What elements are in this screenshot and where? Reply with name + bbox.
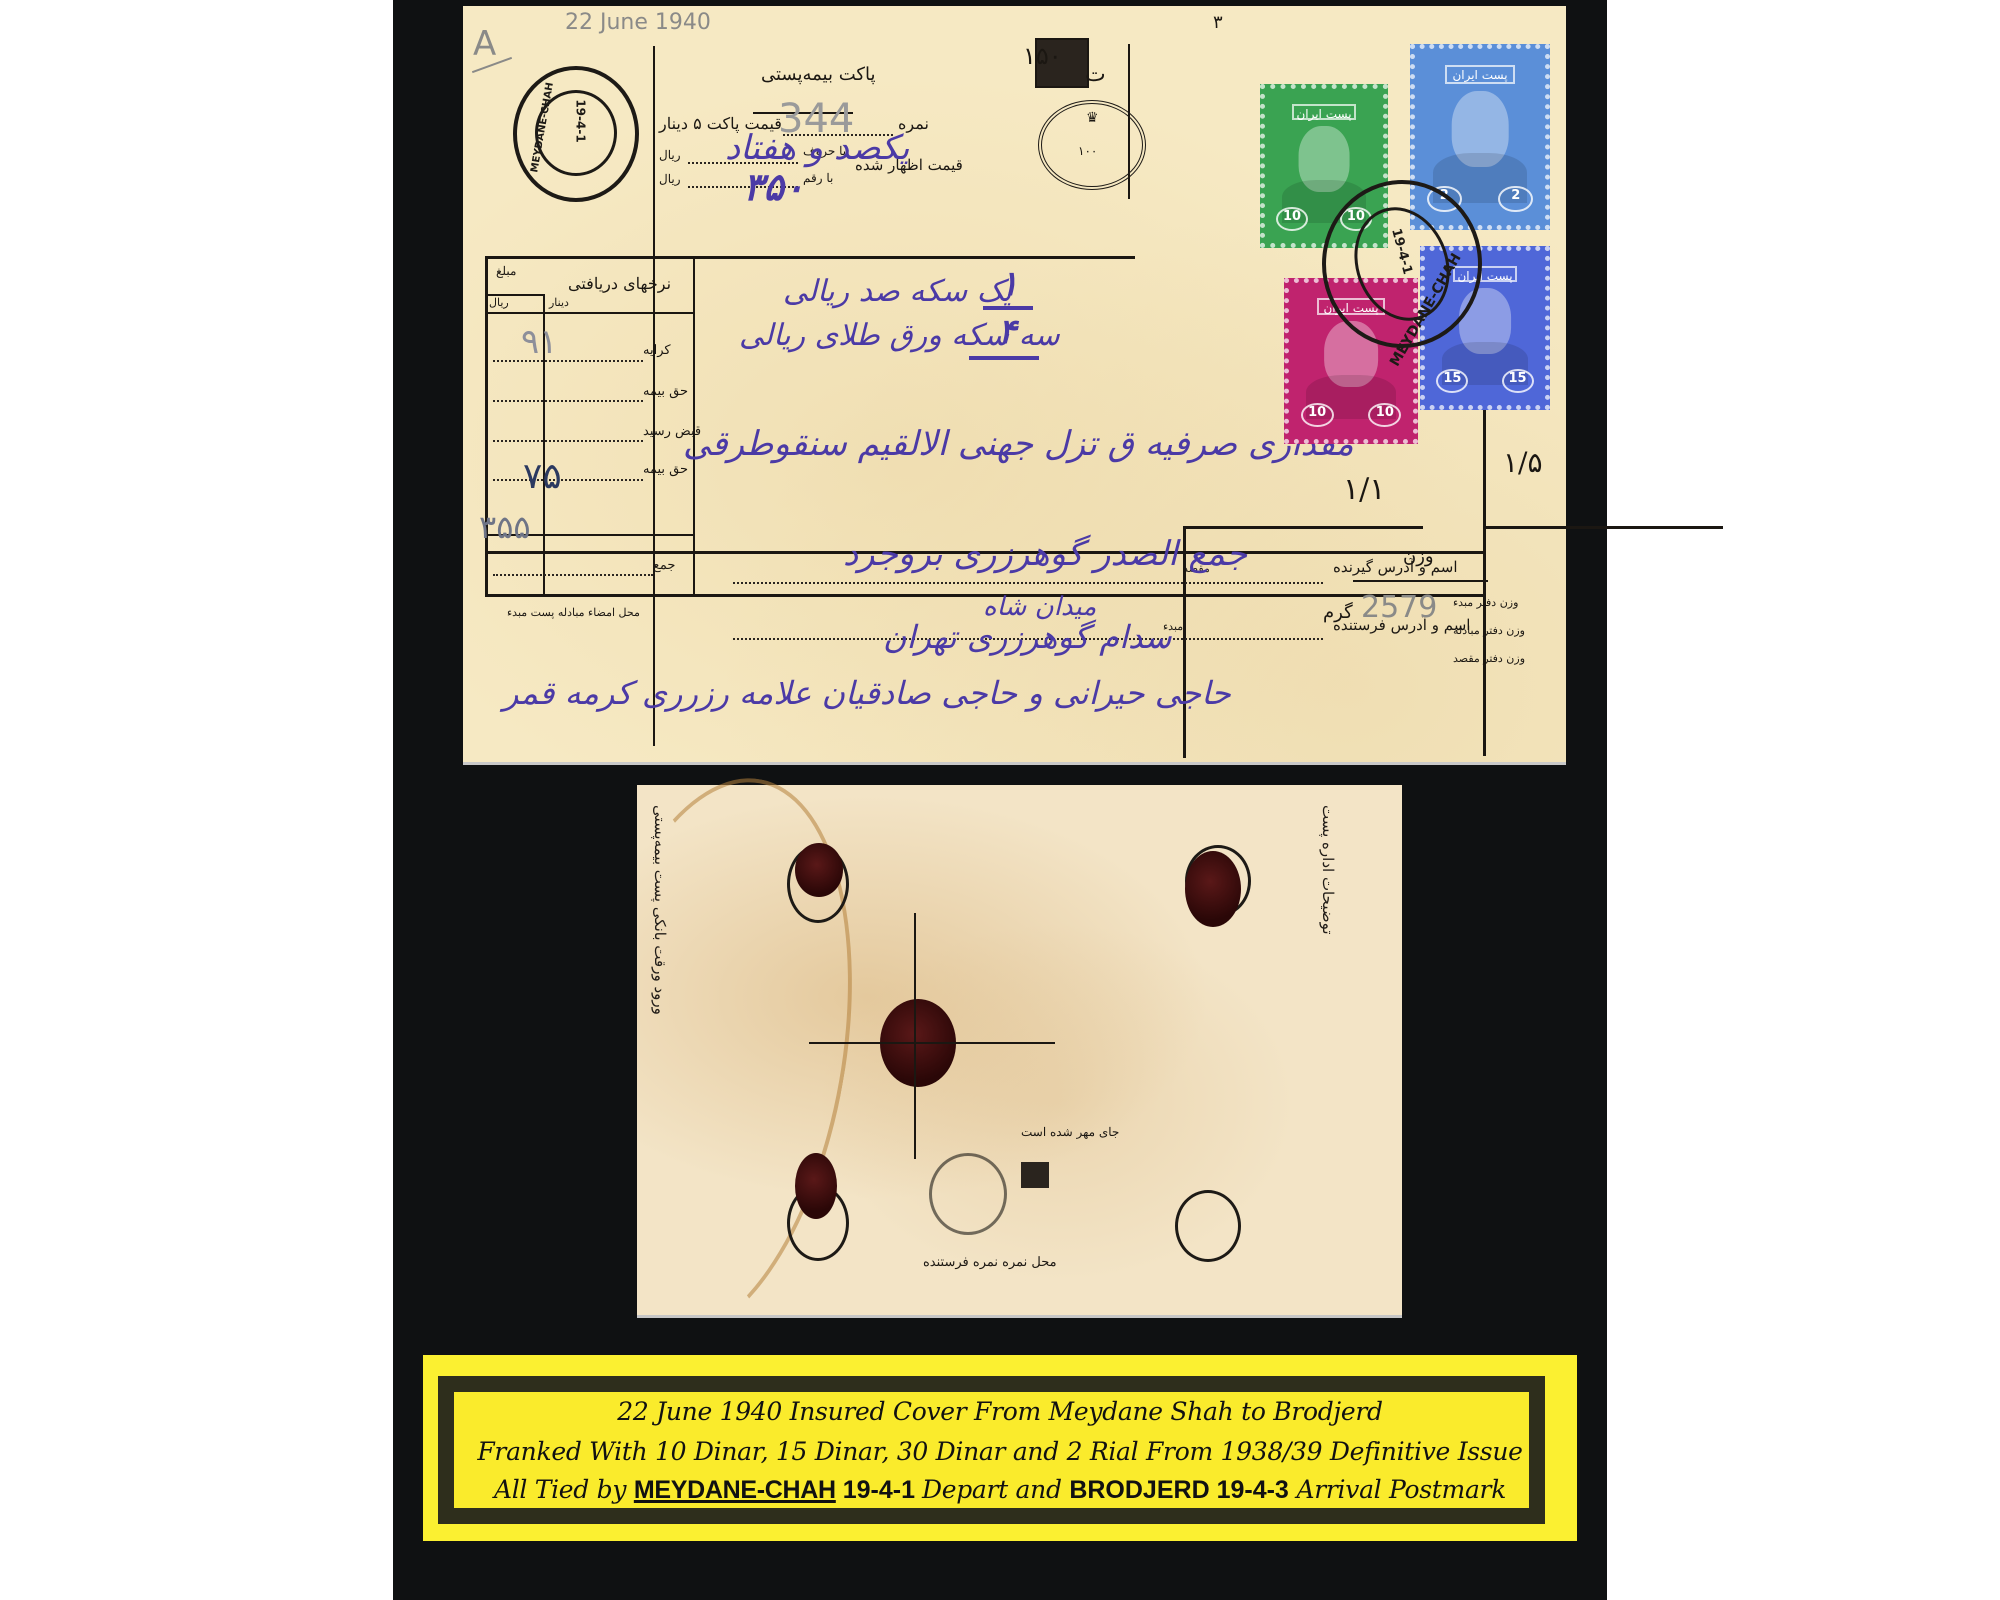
- left-postmark: 19-4-1 MEYDANE-CHAH: [513, 66, 639, 202]
- pencil-weight: 2579: [1361, 590, 1437, 625]
- origin-postmark-name: MEYDANE-CHAH: [634, 1476, 836, 1504]
- back-right-text: توضیحات اداره پست: [1317, 805, 1339, 1295]
- declared-value-letters: یکصد و هفتاد: [725, 128, 910, 168]
- caption-line-1: 22 June 1940 Insured Cover From Meydane …: [423, 1397, 1577, 1426]
- back-square-seal-icon: [1021, 1162, 1049, 1188]
- addressee-label: اسم و آدرس گیرنده: [1333, 558, 1458, 576]
- wax-seal-bottom-left: [795, 1153, 837, 1219]
- pencil-date: 22 June 1940: [565, 10, 711, 35]
- pencil-letter: A: [473, 24, 496, 64]
- declared-value-digits: ۳۵۰: [743, 164, 804, 209]
- meydane-chah-postmark: MEYDANE-CHAH 19-4-1: [1322, 180, 1482, 348]
- back-left-text: ورود ورقت بانکی پست بیمه‌پستی: [649, 805, 671, 1295]
- wax-seal-top-right: [1185, 851, 1241, 927]
- addressee-value: جمع الصدر گوهرزری بروجرد: [843, 534, 1247, 574]
- contents-line-3: مقداری صرفیه ق تزل جهنی الالقیم سنقوطرقی: [683, 424, 1354, 464]
- weight-header: وزن: [1403, 546, 1434, 567]
- wax-seal-top-left: [795, 843, 843, 897]
- fees-header: نرخهای دریافتی: [568, 274, 671, 293]
- arrival-postmark-name: BRODJERD 19-4-3: [1069, 1476, 1289, 1504]
- caption-label: 22 June 1940 Insured Cover From Meydane …: [423, 1355, 1577, 1541]
- back-postmark: [929, 1153, 1007, 1235]
- caption-line-3: All Tied by MEYDANE-CHAH 19-4-1 Depart a…: [423, 1475, 1577, 1505]
- signature-label: محل امضاء مبادله پست مبدء: [507, 606, 640, 619]
- footer-handwriting: حاجی حیرانی و حاجی صادقیان علامه رزرری ک…: [503, 674, 1231, 712]
- caption-line-2: Franked With 10 Dinar, 15 Dinar, 30 Dina…: [423, 1437, 1577, 1466]
- contents-line-1: یک سکه صد ریالی: [783, 274, 1012, 309]
- form-title: پاکت بیمه‌پستی: [761, 64, 875, 85]
- fraction-top: ۱: [1000, 264, 1018, 304]
- back-cover: ورود ورقت بانکی پست بیمه‌پستی توضیحات اد…: [637, 785, 1402, 1318]
- sender-value: سدام گوهرزری تهران: [883, 618, 1172, 656]
- fraction-bottom: ۴: [998, 312, 1016, 352]
- oval-seal-icon: ۱۰۰ ♛: [1038, 100, 1146, 190]
